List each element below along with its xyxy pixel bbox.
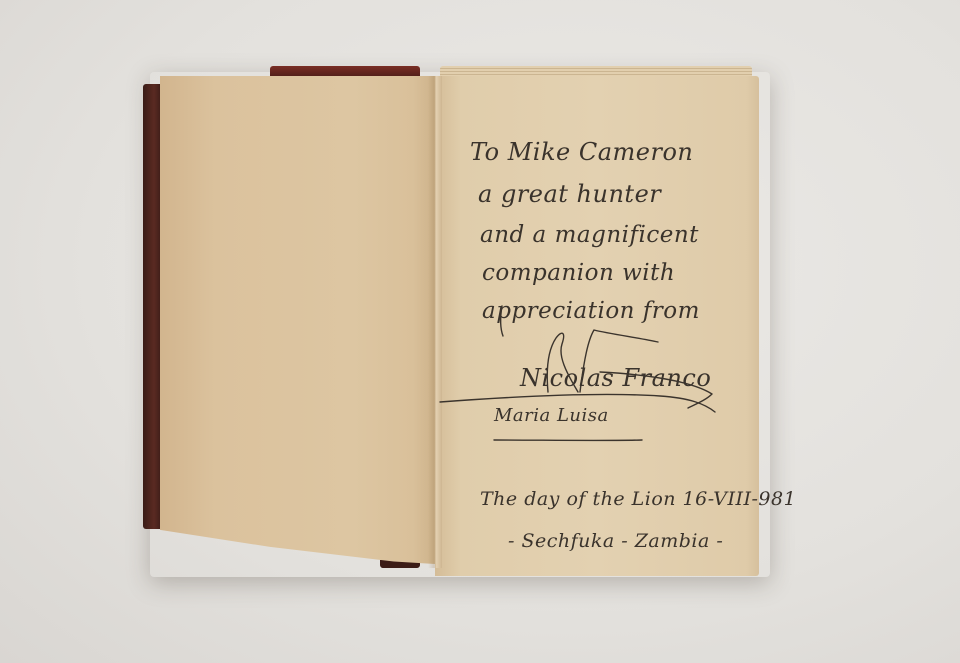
inscription-line-4: companion with	[482, 260, 675, 286]
inscription-line-1: To Mike Cameron	[470, 138, 693, 166]
inscription-date: The day of the Lion 16-VIII-981	[480, 488, 796, 510]
signature-primary: Nicolas Franco	[520, 364, 711, 392]
left-blank-page	[160, 76, 435, 564]
signature-secondary: Maria Luisa	[494, 405, 609, 426]
inscription-line-5: appreciation from	[482, 298, 700, 324]
inscription-place: - Sechfuka - Zambia -	[508, 530, 723, 552]
book-gutter	[428, 76, 442, 568]
inscription-line-3: and a magnificent	[480, 222, 699, 248]
page-stack-edges	[440, 66, 752, 76]
inscription-line-2: a great hunter	[478, 180, 661, 208]
